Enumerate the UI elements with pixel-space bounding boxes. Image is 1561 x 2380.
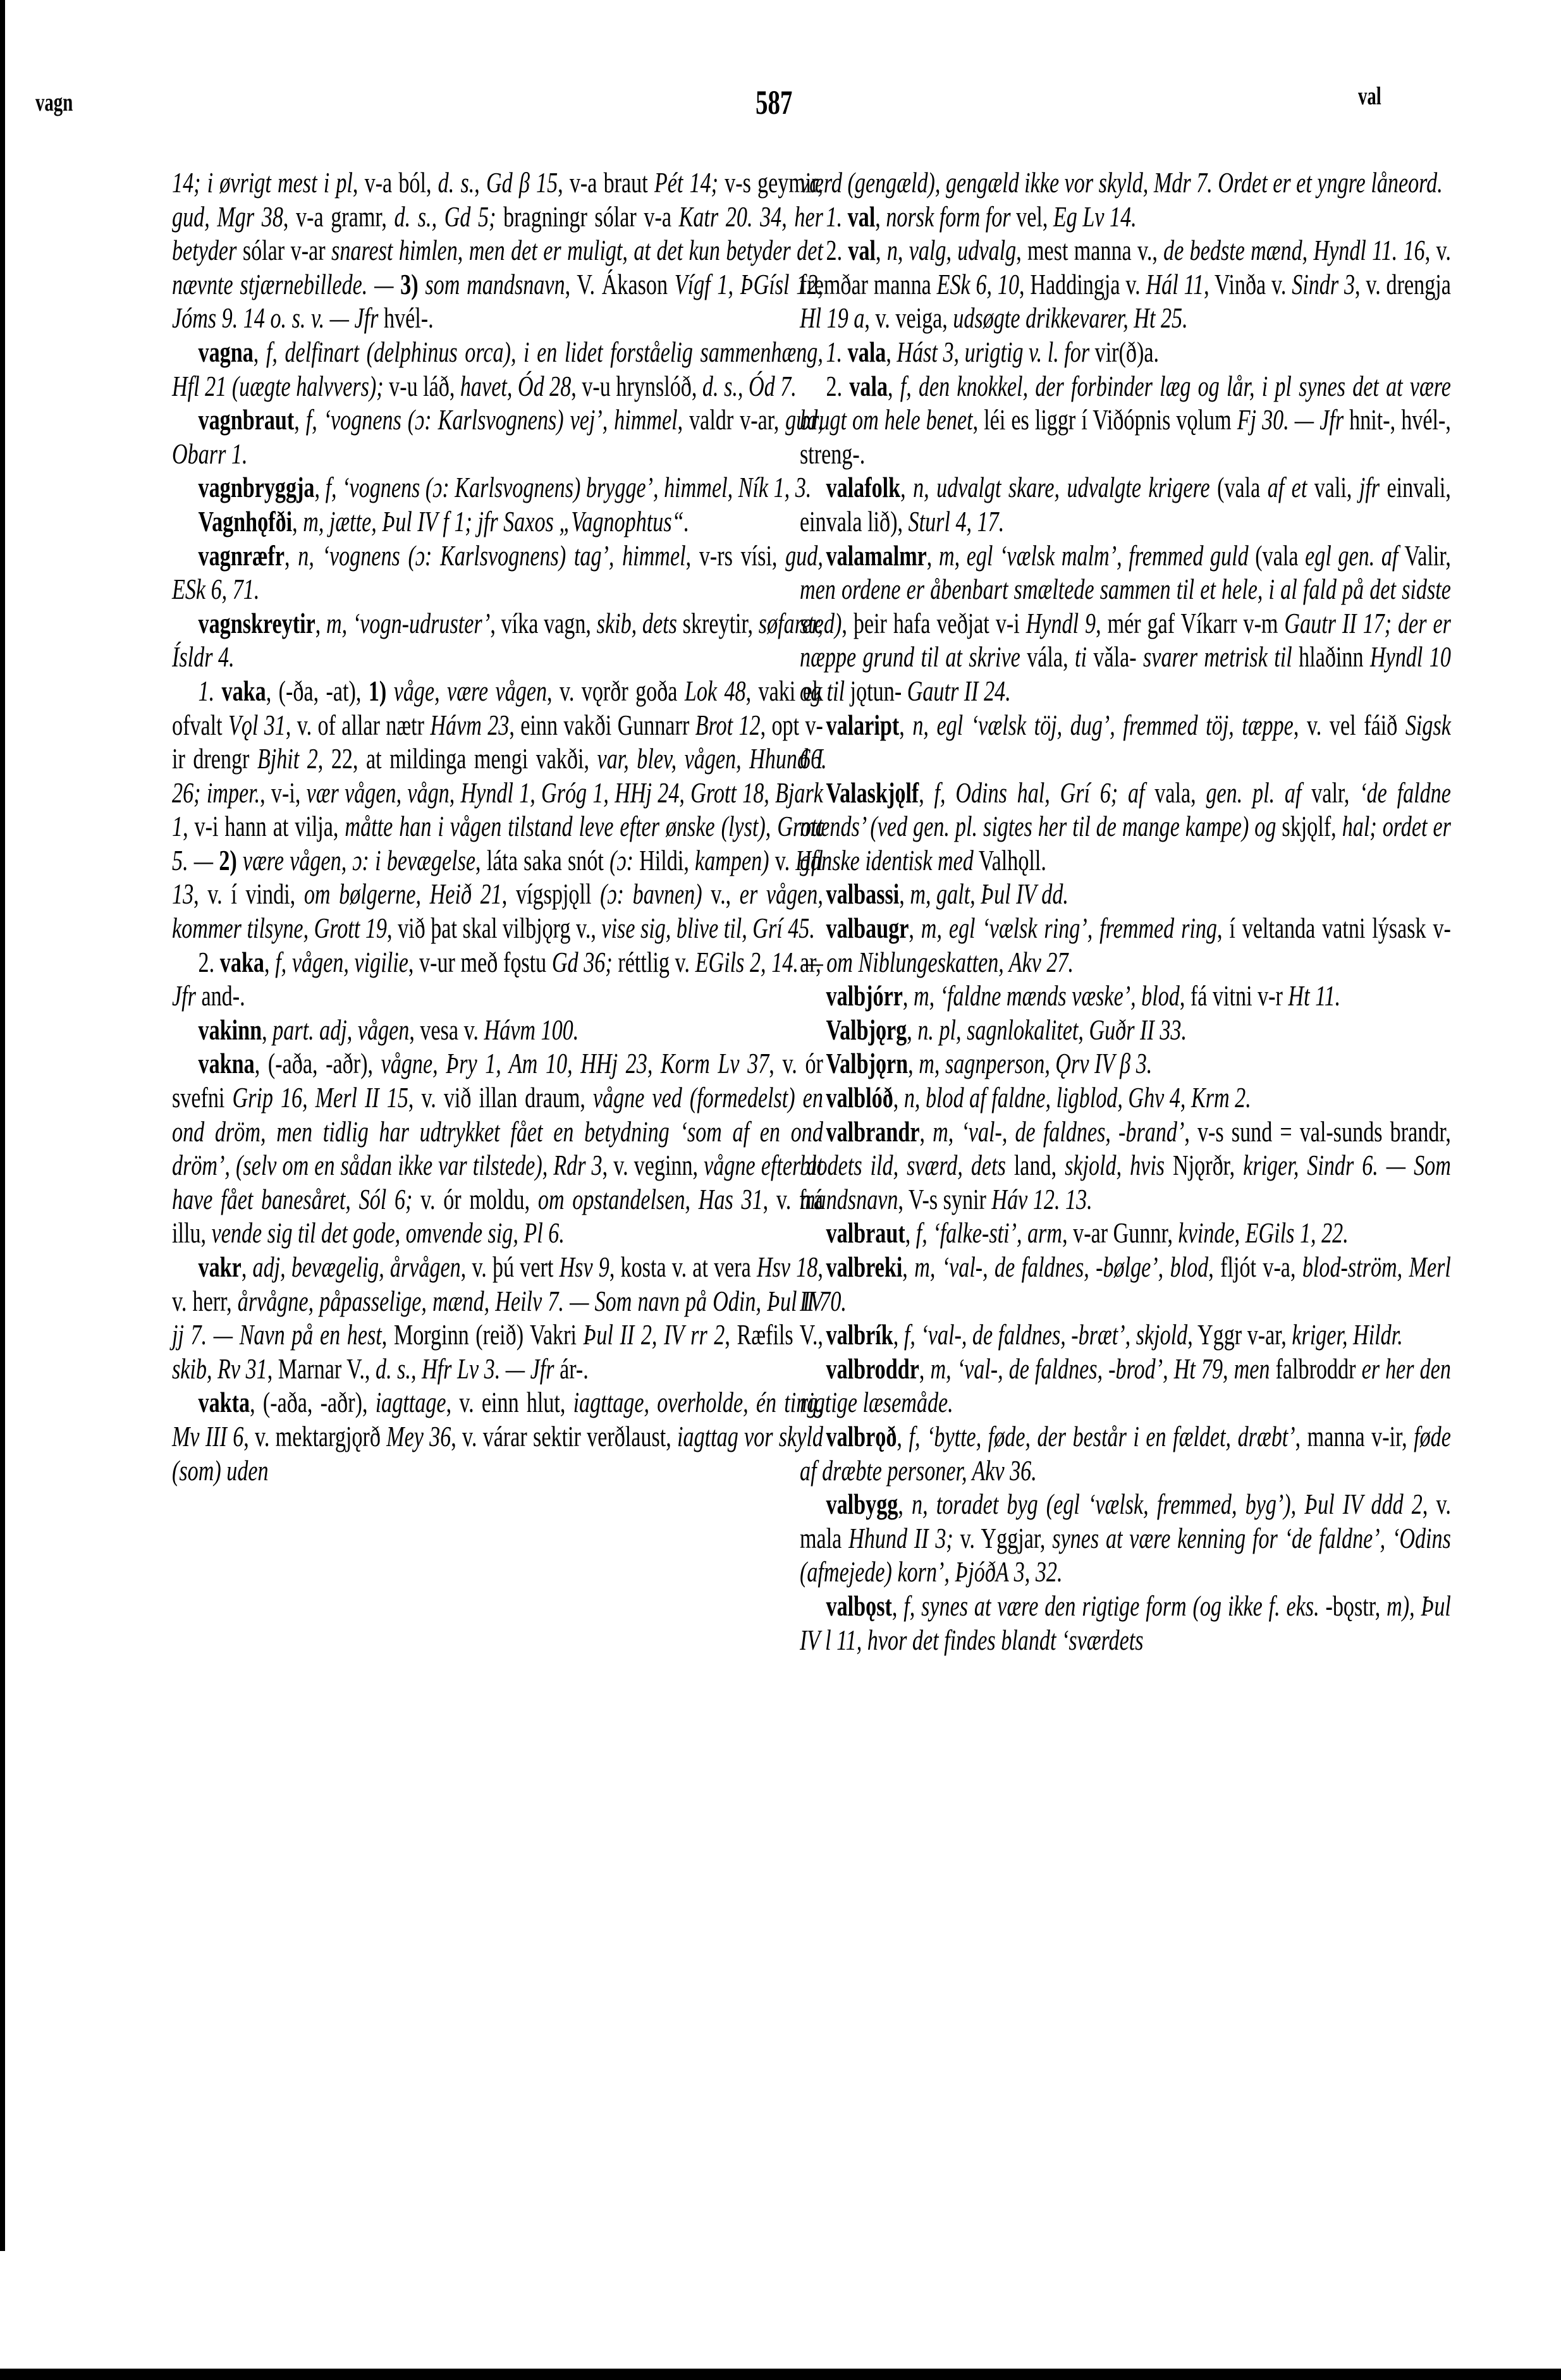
scan-edge-left [0,0,5,2251]
entry-text: d. s. [438,166,475,199]
entry-text: Lok 48 [685,675,746,707]
entry-text: , v. of allar nætr [286,709,430,741]
entry-text: m, ‘val-, de faldnes, -bølge’, blod [914,1251,1208,1283]
entry-text: , v-u hrynslóð, [571,370,702,402]
entry-text: , (-ða, -at), [266,675,369,707]
entry-text: , v-s sund = val-sunds brandr, [1184,1115,1451,1148]
dictionary-entry: 2. vaka, f, vågen, vigilie, v-ur með fǫs… [172,945,823,1013]
entry-text: , [907,1014,917,1046]
entry-text: , manna v-ir, [1295,1420,1414,1452]
entry-text: gen. pl. af [1206,776,1301,809]
dictionary-entry: valbraut, f, ‘falke-sti’, arm, v-ar Gunn… [800,1216,1451,1250]
dictionary-entry: vakinn, part. adj, vågen, vesa v. Hávm 1… [172,1013,823,1047]
entry-text: , v. mektargjǫrð [243,1420,386,1452]
entry-text: om bølgerne, Heið 21 [304,878,502,910]
entry-text: svarer metrisk til [1143,641,1292,673]
right-column-entries: værd (gengæld), gengæld ikke vor skyld, … [800,166,1451,1657]
entry-text: Eg Lv 14. [1053,200,1137,233]
dictionary-entry: valbǫst, f, synes at være den rigtige fo… [800,1589,1451,1657]
headword: vagnræfr [199,539,285,572]
entry-text: m, sagnperson, Ǫrv IV β 3. [919,1047,1152,1079]
dictionary-entry: Vagnhǫfði, m, jætte, Þul IV f 1; jfr Sax… [172,505,823,539]
headword: valbreki [826,1251,903,1283]
entry-text: vir(ð)a. [1089,336,1159,368]
entry-text: , V. Ákason [565,268,675,300]
entry-text: v-u láð, [384,370,460,402]
headword: 3) [400,268,418,300]
entry-text: skjold, hvis [1065,1149,1165,1181]
dictionary-entry: valbassi, m, galt, Þul IV dd. [800,877,1451,911]
headword: valbassi [826,878,900,910]
left-column: 14; i øvrigt mest i pl, v-a ból, d. s., … [172,166,823,1487]
entry-text: våge, være vågen [386,675,547,707]
entry-text: , [919,776,934,809]
entry-text: jǫtun- [845,675,907,707]
entry-text: , [888,370,900,402]
entry-text: , [254,336,266,368]
entry-text: (vala [1249,539,1305,572]
running-head-left: vagn [35,87,73,118]
entry-text: d. s., Ód 7. [702,370,797,402]
entry-text: Þul II 2, IV rr 2 [584,1318,725,1351]
entry-text: réttlig v. [613,946,695,978]
entry-text: , v. várar sektir verðlaust, [451,1420,677,1452]
entry-text: Hildi, [634,844,695,876]
entry-text: ár-. [554,1353,589,1385]
entry-text: vǎla- [1087,641,1143,673]
entry-text: Hhund II 3; [848,1522,953,1554]
entry-text: kriger, Hildr. [1292,1318,1402,1351]
entry-text: vála, [1020,641,1075,673]
entry-text: skib, Rv 31 [172,1353,267,1385]
entry-text: , [886,336,897,368]
entry-text: , einn vakði Gunnarr [509,709,695,741]
headword: valaript [826,709,900,741]
dictionary-entry: valaript, n, egl ‘vælsk töj, dug’, fremm… [800,708,1451,776]
entry-text: 2. [826,370,850,402]
left-column-entries: 14; i øvrigt mest i pl, v-a ból, d. s., … [172,166,823,1487]
entry-text: , léi es liggr í Viðópnis vǫlum [973,403,1237,436]
entry-text: f, ‘val-, de faldnes, -bræt’, skjold [904,1318,1187,1351]
headword: vaka [220,946,264,978]
entry-text: om opstandelsen, Has 31 [538,1183,763,1215]
entry-text: 1. [199,675,215,707]
entry-text: d. s., Hfr Lv 3. — Jfr [376,1353,554,1385]
entry-text: , [892,1590,903,1622]
dictionary-entry: valbrík, f, ‘val-, de faldnes, -bræt’, s… [800,1318,1451,1352]
dictionary-entry: valbjórr, m, ‘faldne mænds væske’, blod,… [800,979,1451,1013]
headword: 1) [369,675,386,707]
entry-text: vise sig, blive til, Grí 45. [601,912,814,944]
entry-text: Bjhit 2 [257,742,318,775]
entry-text: 14; i øvrigt mest i pl [172,166,353,199]
entry-text: Hást 3, urigtig v. l. for [897,336,1089,368]
entry-text: falbroddr [1270,1353,1361,1385]
entry-text: v., [702,878,740,910]
entry-text: , v. einn hlut, [446,1386,573,1418]
entry-text: m, ‘faldne mænds væske’, blod [914,979,1180,1012]
entry-text: , [909,912,921,944]
entry-text: , v-i hann at vilja, [183,810,345,842]
headword: vakinn [199,1014,262,1046]
entry-text: , v-a braut [558,166,654,199]
entry-text: , Yggr v-ar, [1187,1318,1292,1351]
dictionary-entry: vakr, adj, bevægelig, årvågen, v. þú ver… [172,1250,823,1385]
entry-text: kvinde, EGils 1, 22. [1178,1217,1349,1249]
entry-text: (vala [1210,471,1268,503]
entry-text: m, jætte, Þul IV f 1; jfr Saxos „Vagnoph… [303,505,689,537]
entry-text: Brot 12 [695,709,761,741]
headword: val [842,200,875,233]
dictionary-entry: vagnbryggja, f, ‘vognens (ɔ: Karlsvognen… [172,470,823,505]
dictionary-entry: valafolk, n, udvalgt skare, udvalgte kri… [800,470,1451,538]
entry-text: , [264,946,275,978]
headword: valbraut [826,1217,905,1249]
entry-text: Gd 36; [552,946,613,978]
entry-text: , [927,539,939,572]
entry-text: f, ‘bytte, føde, der består i en fældet,… [909,1420,1295,1452]
entry-text: vende sig til det gode, omvende sig, Pl … [212,1217,565,1249]
dictionary-entry: vagnræfr, n, ‘vognens (ɔ: Karlsvognens) … [172,539,823,606]
dictionary-entry: vagnbraut, f, ‘vognens (ɔ: Karlsvognens)… [172,403,823,470]
entry-text: n, blod af faldne, ligblod, Ghv 4, Krm 2… [904,1081,1251,1113]
dictionary-entry: 2. vala, f, den knokkel, der forbinder l… [800,369,1451,471]
headword: vakna [199,1047,255,1079]
headword: valbrǫð [826,1420,897,1452]
dictionary-entry: værd (gengæld), gengæld ikke vor skyld, … [800,166,1451,200]
entry-text: hlaðinn [1292,641,1370,673]
entry-text: om Niblungeskatten, Akv 27. [826,946,1074,978]
headword: valbrandr [826,1115,920,1148]
entry-text: , v. í vindi, [193,878,304,910]
headword: vaka [214,675,266,707]
entry-text: , [900,471,913,503]
entry-text: vala, [1145,776,1206,809]
entry-text: , [919,1353,931,1385]
dictionary-entry: vakta, (-aða, -aðr), iagttage, v. einn h… [172,1385,823,1487]
entry-text: f, Odins hal, Grí 6; af [934,776,1145,809]
entry-text: n, valg, udvalg [887,234,1016,266]
entry-text: , v-i, [260,776,307,809]
entry-text: n, udvalgt skare, udvalgte krigere [913,471,1210,503]
dictionary-entry: Valaskjǫlf, f, Odins hal, Grí 6; af vala… [800,776,1451,878]
entry-text: -bǫstr, [1319,1590,1387,1622]
entry-text: , mér gaf Víkarr v-m [1096,607,1284,639]
dictionary-entry: valbroddr, m, ‘val-, de faldnes, -brod’,… [800,1352,1451,1420]
running-head-right: val [1358,81,1381,111]
entry-text: (ɔ: [609,844,634,876]
entry-text: f, ‘falke-sti’, arm [916,1217,1062,1249]
entry-text: , [315,607,326,639]
headword: valbjórr [826,979,903,1012]
entry-text: Ht 11. [1288,979,1340,1012]
page-number: 587 [756,87,792,118]
entry-text: , v. veginn, [603,1149,704,1181]
entry-text: , [898,1488,912,1520]
entry-text: , [292,505,303,537]
dictionary-entry: Valbjǫrn, m, sagnperson, Ǫrv IV β 3. [800,1046,1451,1081]
entry-text: Hyndl 9 [1026,607,1096,639]
dictionary-entry: valbaugr, m, egl ‘vælsk ring’, fremmed r… [800,911,1451,979]
entry-text: egl gen. af [1305,539,1398,572]
entry-text: Gautr II 24. [907,675,1011,707]
entry-text: n. pl, sagnlokalitet, Guðr II 33. [917,1014,1187,1046]
entry-text: ESk 6, 10 [937,268,1019,300]
entry-text: , víka vagn, [490,607,596,639]
entry-text: d. s., Gd 5; [395,200,496,233]
headword: Vagnhǫfði [199,505,293,537]
entry-text: , v-rs vísi, [686,539,786,572]
headword: vakta [199,1386,250,1418]
entry-text: , [893,1081,904,1113]
entry-text: f, ‘vognens (ɔ: Karlsvognens) vej’, himm… [306,403,678,436]
entry-text: , 22, at mildinga mengi vakði, [318,742,597,775]
entry-text: , v. við illan draum, [408,1081,593,1113]
entry-text: , v. vǫrðr goða [547,675,685,707]
entry-text: jfr [1359,471,1380,503]
headword: vala [842,336,886,368]
dictionary-entry: 2. val, n, valg, udvalg, mest manna v., … [800,233,1451,335]
entry-text: bragningr sólar v-a [496,200,678,233]
entry-text: norsk form for [886,200,1010,233]
entry-text: gud, Mgr 38 [172,200,283,233]
dictionary-entry: valamalmr, m, egl ‘vælsk malm’, fremmed … [800,539,1451,708]
entry-text: Vǫl 31 [228,709,286,741]
entry-text: hvél-. [378,302,433,334]
entry-text: , vígspjǫll [502,878,600,910]
entry-text: , fljót v-a, [1208,1251,1302,1283]
headword: Valaskjǫlf [826,776,919,809]
entry-text: 2. [199,946,220,978]
headword: val [848,234,876,266]
entry-text: , [262,1014,272,1046]
entry-text: , Marnar V., [267,1353,376,1385]
entry-text: , við þat skal vilbjǫrg v., [387,912,601,944]
entry-text: , V-s synir [898,1183,991,1215]
entry-text: , v. veiga, [864,302,953,334]
entry-text: , [908,1047,919,1079]
headword: valbygg [826,1488,898,1520]
entry-text: Pét 14; [654,166,718,199]
entry-text: m, ‘vogn-udruster’ [326,607,490,639]
entry-text: , [893,1318,904,1351]
entry-text: være vågen, ɔ: i bevægelse [237,844,475,876]
entry-text: vågne, Þry 1, Am 10, HHj 23, Korm Lv 37 [381,1047,769,1079]
entry-text: udsøgte drikkevarer, Ht 25. [953,302,1187,334]
entry-text: 1. [826,336,843,368]
entry-text: havet, Ód 28 [460,370,571,402]
entry-text: m, galt, Þul IV dd. [910,878,1068,910]
right-column: værd (gengæld), gengæld ikke vor skyld, … [800,166,1451,1657]
entry-text: Gd β 15 [486,166,558,199]
entry-text: , v-ur með fǫstu [408,946,552,978]
entry-text: , (-aða, -aðr), [255,1047,381,1079]
headword: 2) [219,844,236,876]
entry-text: , vesa v. [409,1014,484,1046]
entry-text: , [919,1115,933,1148]
entry-text: , [474,166,486,199]
entry-text: , [314,471,325,503]
entry-text: , láta saka snót [475,844,609,876]
dictionary-entry: 1. val, norsk form for vel, Eg Lv 14. [800,200,1451,234]
entry-text: ti [1075,641,1087,673]
entry-text: n, ‘vognens (ɔ: Karlsvognens) tag’, himm… [298,539,685,572]
entry-text: , [905,1217,916,1249]
dictionary-entry: valbrandr, m, ‘val-, de faldnes, -brand’… [800,1115,1451,1217]
entry-text: , v. drengja [1355,268,1451,300]
headword: valbroddr [826,1353,919,1385]
entry-text: f, vågen, vigilie [275,946,408,978]
dictionary-entry: 1. vaka, (-ða, -at), 1) våge, være vågen… [172,674,823,945]
entry-text: , valdr v-ar, [678,403,786,436]
entry-text: Hsv 9 [560,1251,609,1283]
entry-text: , v-a gramr, [283,200,395,233]
entry-text: iagttage [376,1386,446,1418]
entry-text: 2. [826,234,848,266]
entry-text: vel, [1011,200,1053,233]
entry-text: n, egl ‘vælsk töj, dug’, fremmed töj, tæ… [912,709,1293,741]
entry-text: v. [769,844,796,876]
entry-text: Njǫrðr, [1165,1149,1243,1181]
entry-text: , mest manna v., [1016,234,1163,266]
entry-text: , fá vitni v-r [1180,979,1289,1012]
entry-text: f, ‘vognens (ɔ: Karlsvognens) brygge’, h… [326,471,812,503]
headword: valbrík [826,1318,893,1351]
dictionary-entry: Valbjǫrg, n. pl, sagnlokalitet, Guðr II … [800,1013,1451,1047]
entry-text: skjǫlf, [1276,810,1342,842]
entry-text: kampen) [695,844,769,876]
entry-text: Hávm 23 [430,709,509,741]
entry-text: , v. þú vert [461,1251,560,1283]
entry-text: , v-ar Gunnr, [1062,1217,1178,1249]
scan-edge-bottom [0,2369,1561,2380]
entry-text: 1. [826,200,843,233]
entry-text: blodets ild, sværd, dets [800,1149,1006,1181]
entry-text: skib, dets [597,607,677,639]
entry-text: v. Yggjar, [953,1522,1052,1554]
entry-text: valr, [1301,776,1359,809]
entry-text: vali, [1307,471,1359,503]
entry-text: , v-a ból, [353,166,438,199]
entry-text: (ɔ: bavnen) [600,878,702,910]
dictionary-entry: valbygg, n, toradet byg (egl ‘vælsk, fre… [800,1487,1451,1589]
entry-text: Hl 19 a [800,302,864,334]
headword: vagnbraut [199,403,295,436]
entry-text: sólar v-ar [236,234,331,266]
entry-text: værd (gengæld), gengæld ikke vor skyld, … [800,166,1443,199]
headword: vala [849,370,888,402]
entry-text: n, toradet byg (egl ‘vælsk, fremmed, byg… [912,1488,1423,1520]
entry-text: , Haddingja v. [1019,268,1146,300]
entry-text: part. adj, vågen [272,1014,409,1046]
entry-text: Valhǫll. [974,844,1046,876]
entry-text: Sindr 3 [1292,268,1355,300]
dictionary-entry: 14; i øvrigt mest i pl, v-a ból, d. s., … [172,166,823,335]
entry-text: Háv 12. 13. [991,1183,1092,1215]
entry-text: , [902,1251,914,1283]
entry-text: , [876,234,887,266]
dictionary-entry: valblóð, n, blod af faldne, ligblod, Ghv… [800,1081,1451,1115]
dictionary-entry: 1. vala, Hást 3, urigtig v. l. for vir(ð… [800,335,1451,369]
entry-text: , [875,200,886,233]
entry-text: Valir, [1398,539,1451,572]
entry-text: , v. vel fáið [1294,709,1405,741]
headword: Valbjǫrg [826,1014,907,1046]
entry-text: Hál 11 [1146,268,1204,300]
dictionary-entry: vagna, f, delfinart (delphinus orca), i … [172,335,823,403]
entry-text: Sturl 4, 17. [909,505,1005,537]
headword: valbaugr [826,912,909,944]
entry-text: f, synes at være den rigtige form (og ik… [903,1590,1319,1622]
headword: valbǫst [826,1590,892,1622]
entry-text: , [242,1251,253,1283]
entry-text: m, egl ‘vælsk malm’, fremmed guld [939,539,1249,572]
headword: vagnbryggja [199,471,315,503]
headword: valafolk [826,471,901,503]
headword: valamalmr [826,539,927,572]
headword: vagna [199,336,254,368]
headword: vagnskreytir [199,607,315,639]
entry-text: , [294,403,305,436]
entry-text: m, egl ‘vælsk ring’, fremmed ring [921,912,1217,944]
entry-text: , [285,539,298,572]
entry-text: adj, bevægelig, årvågen [253,1251,461,1283]
entry-text: som mandsnavn [419,268,565,300]
entry-text: land, [1006,1149,1065,1181]
dictionary-entry: valbreki, m, ‘val-, de faldnes, -bølge’,… [800,1250,1451,1318]
entry-text: de bedste mænd, Hyndl 11. 16 [1163,234,1425,266]
entry-text: , Vinða v. [1204,268,1292,300]
entry-text: Grip 16, Merl II 15 [232,1081,408,1113]
entry-text: , [899,709,912,741]
entry-text: , [897,1420,909,1452]
headword: valblóð [826,1081,893,1113]
dictionary-entry: vagnskreytir, m, ‘vogn-udruster’, víka v… [172,606,823,674]
entry-text: skreytir, [677,607,759,639]
entry-text: , þeir hafa veðjat v-i [842,607,1025,639]
entry-text: Fj 30. — Jfr [1237,403,1344,436]
dictionary-entry: valbrǫð, f, ‘bytte, føde, der består i e… [800,1420,1451,1487]
dictionary-entry: vakna, (-aða, -aðr), vågne, Þry 1, Am 10… [172,1046,823,1250]
entry-text: m, ‘val-, de faldnes, -brod’, Ht 79, men [930,1353,1270,1385]
entry-text: , (-aða, -aðr), [250,1386,376,1418]
headword: vakr [199,1251,242,1283]
entry-text: , Morginn (reið) Vakri [382,1318,584,1351]
entry-text: Mey 36 [386,1420,451,1452]
entry-text: and-. [196,979,245,1012]
entry-text: v. ór moldu, [412,1183,537,1215]
entry-text: , [899,878,910,910]
headword: Valbjǫrn [826,1047,909,1079]
entry-text: af et [1268,471,1307,503]
entry-text: m, ‘val-, de faldnes, -brand’ [933,1115,1184,1148]
entry-text: , [903,979,914,1012]
entry-text: , kosta v. at vera [609,1251,757,1283]
entry-text: Hávm 100. [484,1014,578,1046]
